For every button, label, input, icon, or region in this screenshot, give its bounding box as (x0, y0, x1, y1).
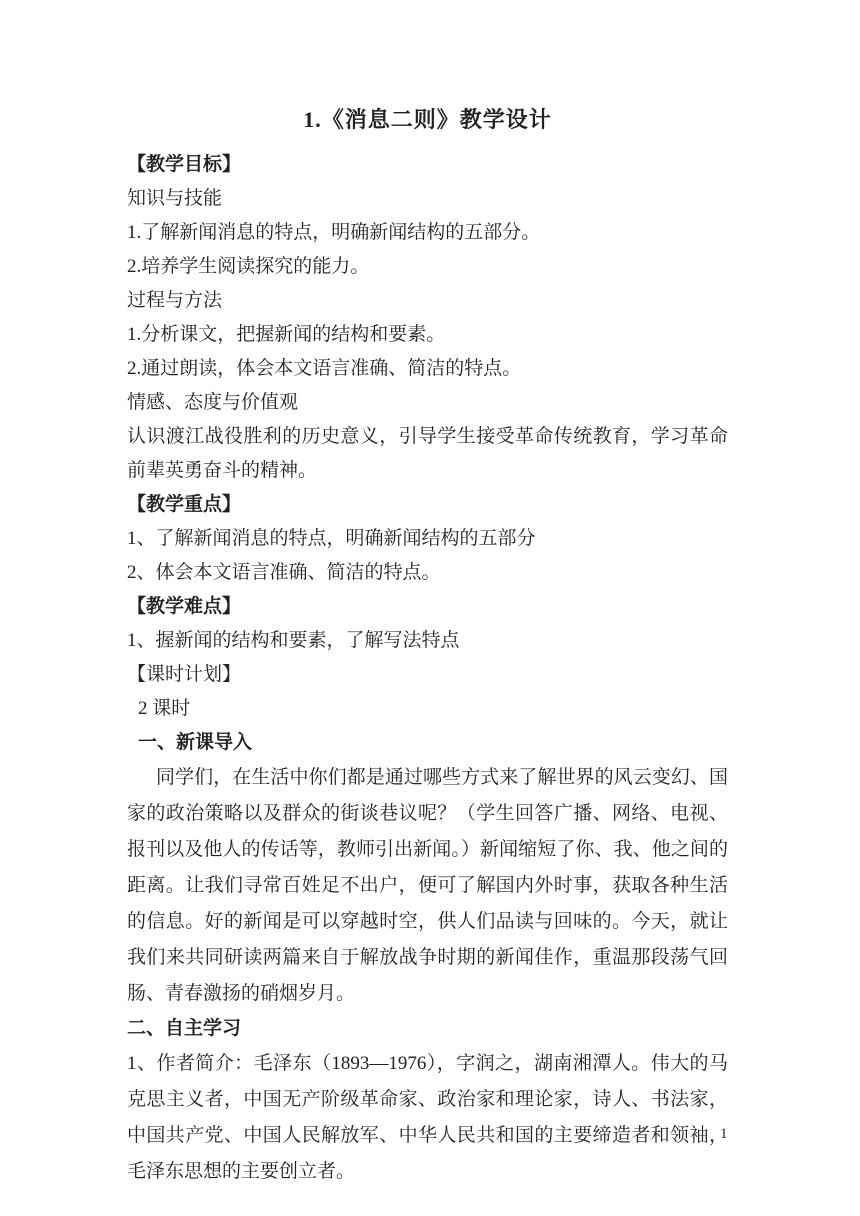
line-emotion-attitude-values: 情感、态度与价值观 (127, 386, 728, 420)
item-focus-1: 1、了解新闻消息的特点，明确新闻结构的五部分 (127, 522, 728, 556)
para-author-intro: 1、作者简介：毛泽东（1893—1976），字润之，湖南湘潭人。伟大的马克思主义… (127, 1046, 728, 1190)
para-values-description: 认识渡江战役胜利的历史意义，引导学生接受革命传统教育，学习革命前辈英勇奋斗的精神… (127, 420, 728, 488)
document-content: 1.《消息二则》教学设计 【教学目标】 知识与技能 1.了解新闻消息的特点，明确… (127, 104, 728, 1190)
item-method-1: 1.分析课文，把握新闻的结构和要素。 (127, 318, 728, 352)
heading-self-study: 二、自主学习 (127, 1012, 728, 1046)
item-difficulty-1: 1、握新闻的结构和要素，了解写法特点 (127, 624, 728, 658)
heading-class-schedule: 【课时计划】 (127, 658, 728, 692)
heading-teaching-objectives: 【教学目标】 (127, 148, 728, 182)
line-process-and-methods: 过程与方法 (127, 284, 728, 318)
item-focus-2: 2、体会本文语言准确、简洁的特点。 (127, 556, 728, 590)
page-number: 1 (720, 1124, 728, 1144)
line-class-hours: 2 课时 (127, 692, 728, 726)
item-method-2: 2.通过朗读，体会本文语言准确、简洁的特点。 (127, 352, 728, 386)
line-knowledge-and-skills: 知识与技能 (127, 182, 728, 216)
heading-teaching-focus: 【教学重点】 (127, 488, 728, 522)
para-lesson-intro: 同学们，在生活中你们都是通过哪些方式来了解世界的风云变幻、国家的政治策略以及群众… (127, 760, 728, 1012)
item-objective-1: 1.了解新闻消息的特点，明确新闻结构的五部分。 (127, 216, 728, 250)
heading-teaching-difficulty: 【教学难点】 (127, 590, 728, 624)
heading-lesson-intro: 一、新课导入 (127, 726, 728, 760)
item-objective-2: 2.培养学生阅读探究的能力。 (127, 250, 728, 284)
document-title: 1.《消息二则》教学设计 (127, 104, 728, 136)
document-page: 1.《消息二则》教学设计 【教学目标】 知识与技能 1.了解新闻消息的特点，明确… (0, 0, 860, 1216)
